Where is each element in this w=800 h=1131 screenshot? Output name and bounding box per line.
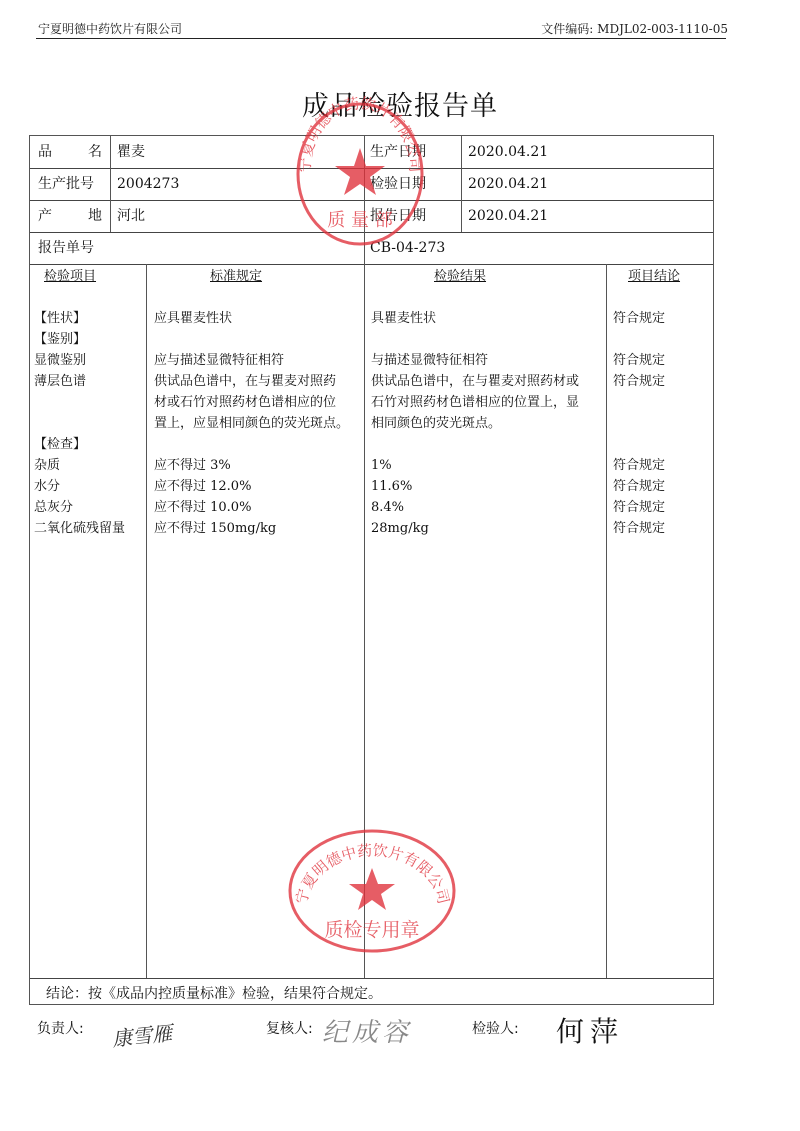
- report-no-label: 报告单号: [38, 238, 94, 258]
- column-conclusions: 符合规定 符合规定 符合规定 符合规定 符合规定 符合规定 符合规定: [613, 308, 665, 539]
- column-header-item: 检验项目: [44, 267, 96, 287]
- report-date-value: 2020.04.21: [468, 206, 548, 226]
- inspector-label: 检验人:: [472, 1018, 519, 1038]
- row-divider: [30, 232, 713, 233]
- reviewer-label: 复核人:: [266, 1018, 313, 1038]
- label-char: 品: [38, 142, 52, 162]
- label-char: 地: [88, 206, 102, 226]
- col-divider: [110, 136, 111, 232]
- report-date-label: 报告日期: [370, 206, 426, 226]
- company-header: 宁夏明德中药饮片有限公司: [38, 22, 182, 36]
- final-conclusion: 结论：按《成品内控质量标准》检验，结果符合规定。: [46, 984, 382, 1004]
- product-name-label: 品名: [38, 142, 102, 162]
- production-date-label: 生产日期: [370, 142, 426, 162]
- column-standards: 应具瞿麦性状 应与描述显微特征相符 供试品色谱中，在与瞿麦对照药 材或石竹对照药…: [154, 308, 349, 539]
- row-divider: [30, 978, 713, 979]
- origin-value: 河北: [117, 206, 145, 226]
- row-divider: [30, 264, 713, 265]
- label-char: 产: [38, 206, 52, 226]
- row-divider: [30, 168, 713, 169]
- column-header-standard: 标准规定: [210, 267, 262, 287]
- document-code: 文件编码: MDJL02-003-1110-05: [541, 22, 728, 36]
- reviewer-signature: 纪成容: [322, 1012, 412, 1049]
- col-divider: [606, 264, 607, 978]
- label-char: 名: [88, 142, 102, 162]
- row-divider: [30, 200, 713, 201]
- column-header-result: 检验结果: [434, 267, 486, 287]
- col-divider: [364, 136, 365, 978]
- column-results: 具瞿麦性状 与描述显微特征相符 供试品色谱中，在与瞿麦对照药材或 石竹对照药材色…: [371, 308, 579, 539]
- origin-label: 产地: [38, 206, 102, 226]
- column-items: 【性状】 【鉴别】 显微鉴别 薄层色谱 【检查】 杂质 水分 总灰分 二氧化硫残…: [34, 308, 125, 539]
- col-divider: [461, 136, 462, 232]
- report-table: 品名 瞿麦 生产日期 2020.04.21 生产批号 2004273 检验日期 …: [29, 135, 714, 1005]
- page-title: 成品检验报告单: [0, 84, 800, 123]
- production-date-value: 2020.04.21: [468, 142, 548, 162]
- col-divider: [146, 264, 147, 978]
- header-rule: [36, 38, 726, 39]
- inspector-signature: 何萍: [556, 1010, 624, 1050]
- column-header-conclusion: 项目结论: [628, 267, 680, 287]
- batch-value: 2004273: [117, 174, 179, 194]
- inspection-date-value: 2020.04.21: [468, 174, 548, 194]
- inspection-date-label: 检验日期: [370, 174, 426, 194]
- batch-label: 生产批号: [38, 174, 94, 194]
- report-no-value: CB-04-273: [370, 238, 445, 258]
- responsible-signature: 康雪雁: [111, 1017, 174, 1052]
- responsible-label: 负责人:: [37, 1018, 84, 1038]
- product-name-value: 瞿麦: [117, 142, 145, 162]
